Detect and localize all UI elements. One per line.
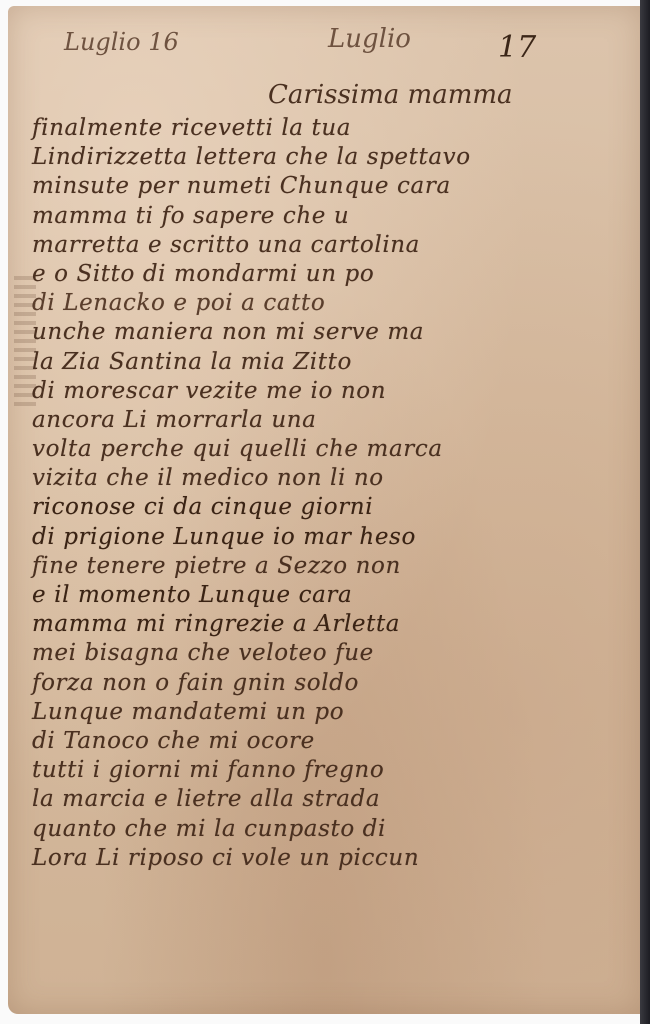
letter-header: Luglio 16 Luglio 17 (48, 20, 610, 70)
letter-line: quanto che mi la cunpasto di (32, 815, 626, 844)
letter-line: di Lenacko e poi a catto (32, 289, 626, 318)
letter-line: forza non o fain gnin soldo (32, 669, 626, 698)
letter-body: finalmente ricevetti la tua Lindirizzett… (32, 114, 626, 873)
letter-line: tutti i giorni mi fanno fregno (32, 756, 626, 785)
page-number: 17 (498, 30, 536, 65)
letter-line: la marcia e lietre alla strada (32, 785, 626, 814)
letter-line: Lora Li riposo ci vole un piccun (32, 844, 626, 873)
letter-line: di morescar vezite me io non (32, 377, 626, 406)
scanner-edge (640, 0, 650, 1024)
letter-line: Lindirizzetta lettera che la spettavo (32, 143, 626, 172)
date-left: Luglio 16 (64, 28, 179, 56)
letter-line: marretta e scritto una cartolina (32, 231, 626, 260)
letter-page: Luglio 16 Luglio 17 Carissima mamma fina… (8, 6, 640, 1014)
letter-line: di Tanoco che mi ocore (32, 727, 626, 756)
letter-line: e o Sitto di mondarmi un po (32, 260, 626, 289)
letter-line: unche maniera non mi serve ma (32, 318, 626, 347)
letter-line: minsute per numeti Chunque cara (32, 172, 626, 201)
greeting: Carissima mamma (268, 80, 513, 110)
letter-line: riconose ci da cinque giorni (32, 493, 626, 522)
date-right: Luglio (328, 24, 411, 54)
letter-line: volta perche qui quelli che marca (32, 435, 626, 464)
letter-line: mamma mi ringrezie a Arletta (32, 610, 626, 639)
letter-line: mamma ti fo sapere che u (32, 202, 626, 231)
letter-line: Lunque mandatemi un po (32, 698, 626, 727)
letter-line: ancora Li morrarla una (32, 406, 626, 435)
letter-line: fine tenere pietre a Sezzo non (32, 552, 626, 581)
letter-line: la Zia Santina la mia Zitto (32, 348, 626, 377)
letter-line: finalmente ricevetti la tua (32, 114, 626, 143)
letter-line: mei bisagna che veloteo fue (32, 639, 626, 668)
letter-line: e il momento Lunque cara (32, 581, 626, 610)
letter-line: di prigione Lunque io mar heso (32, 523, 626, 552)
letter-line: vizita che il medico non li no (32, 464, 626, 493)
